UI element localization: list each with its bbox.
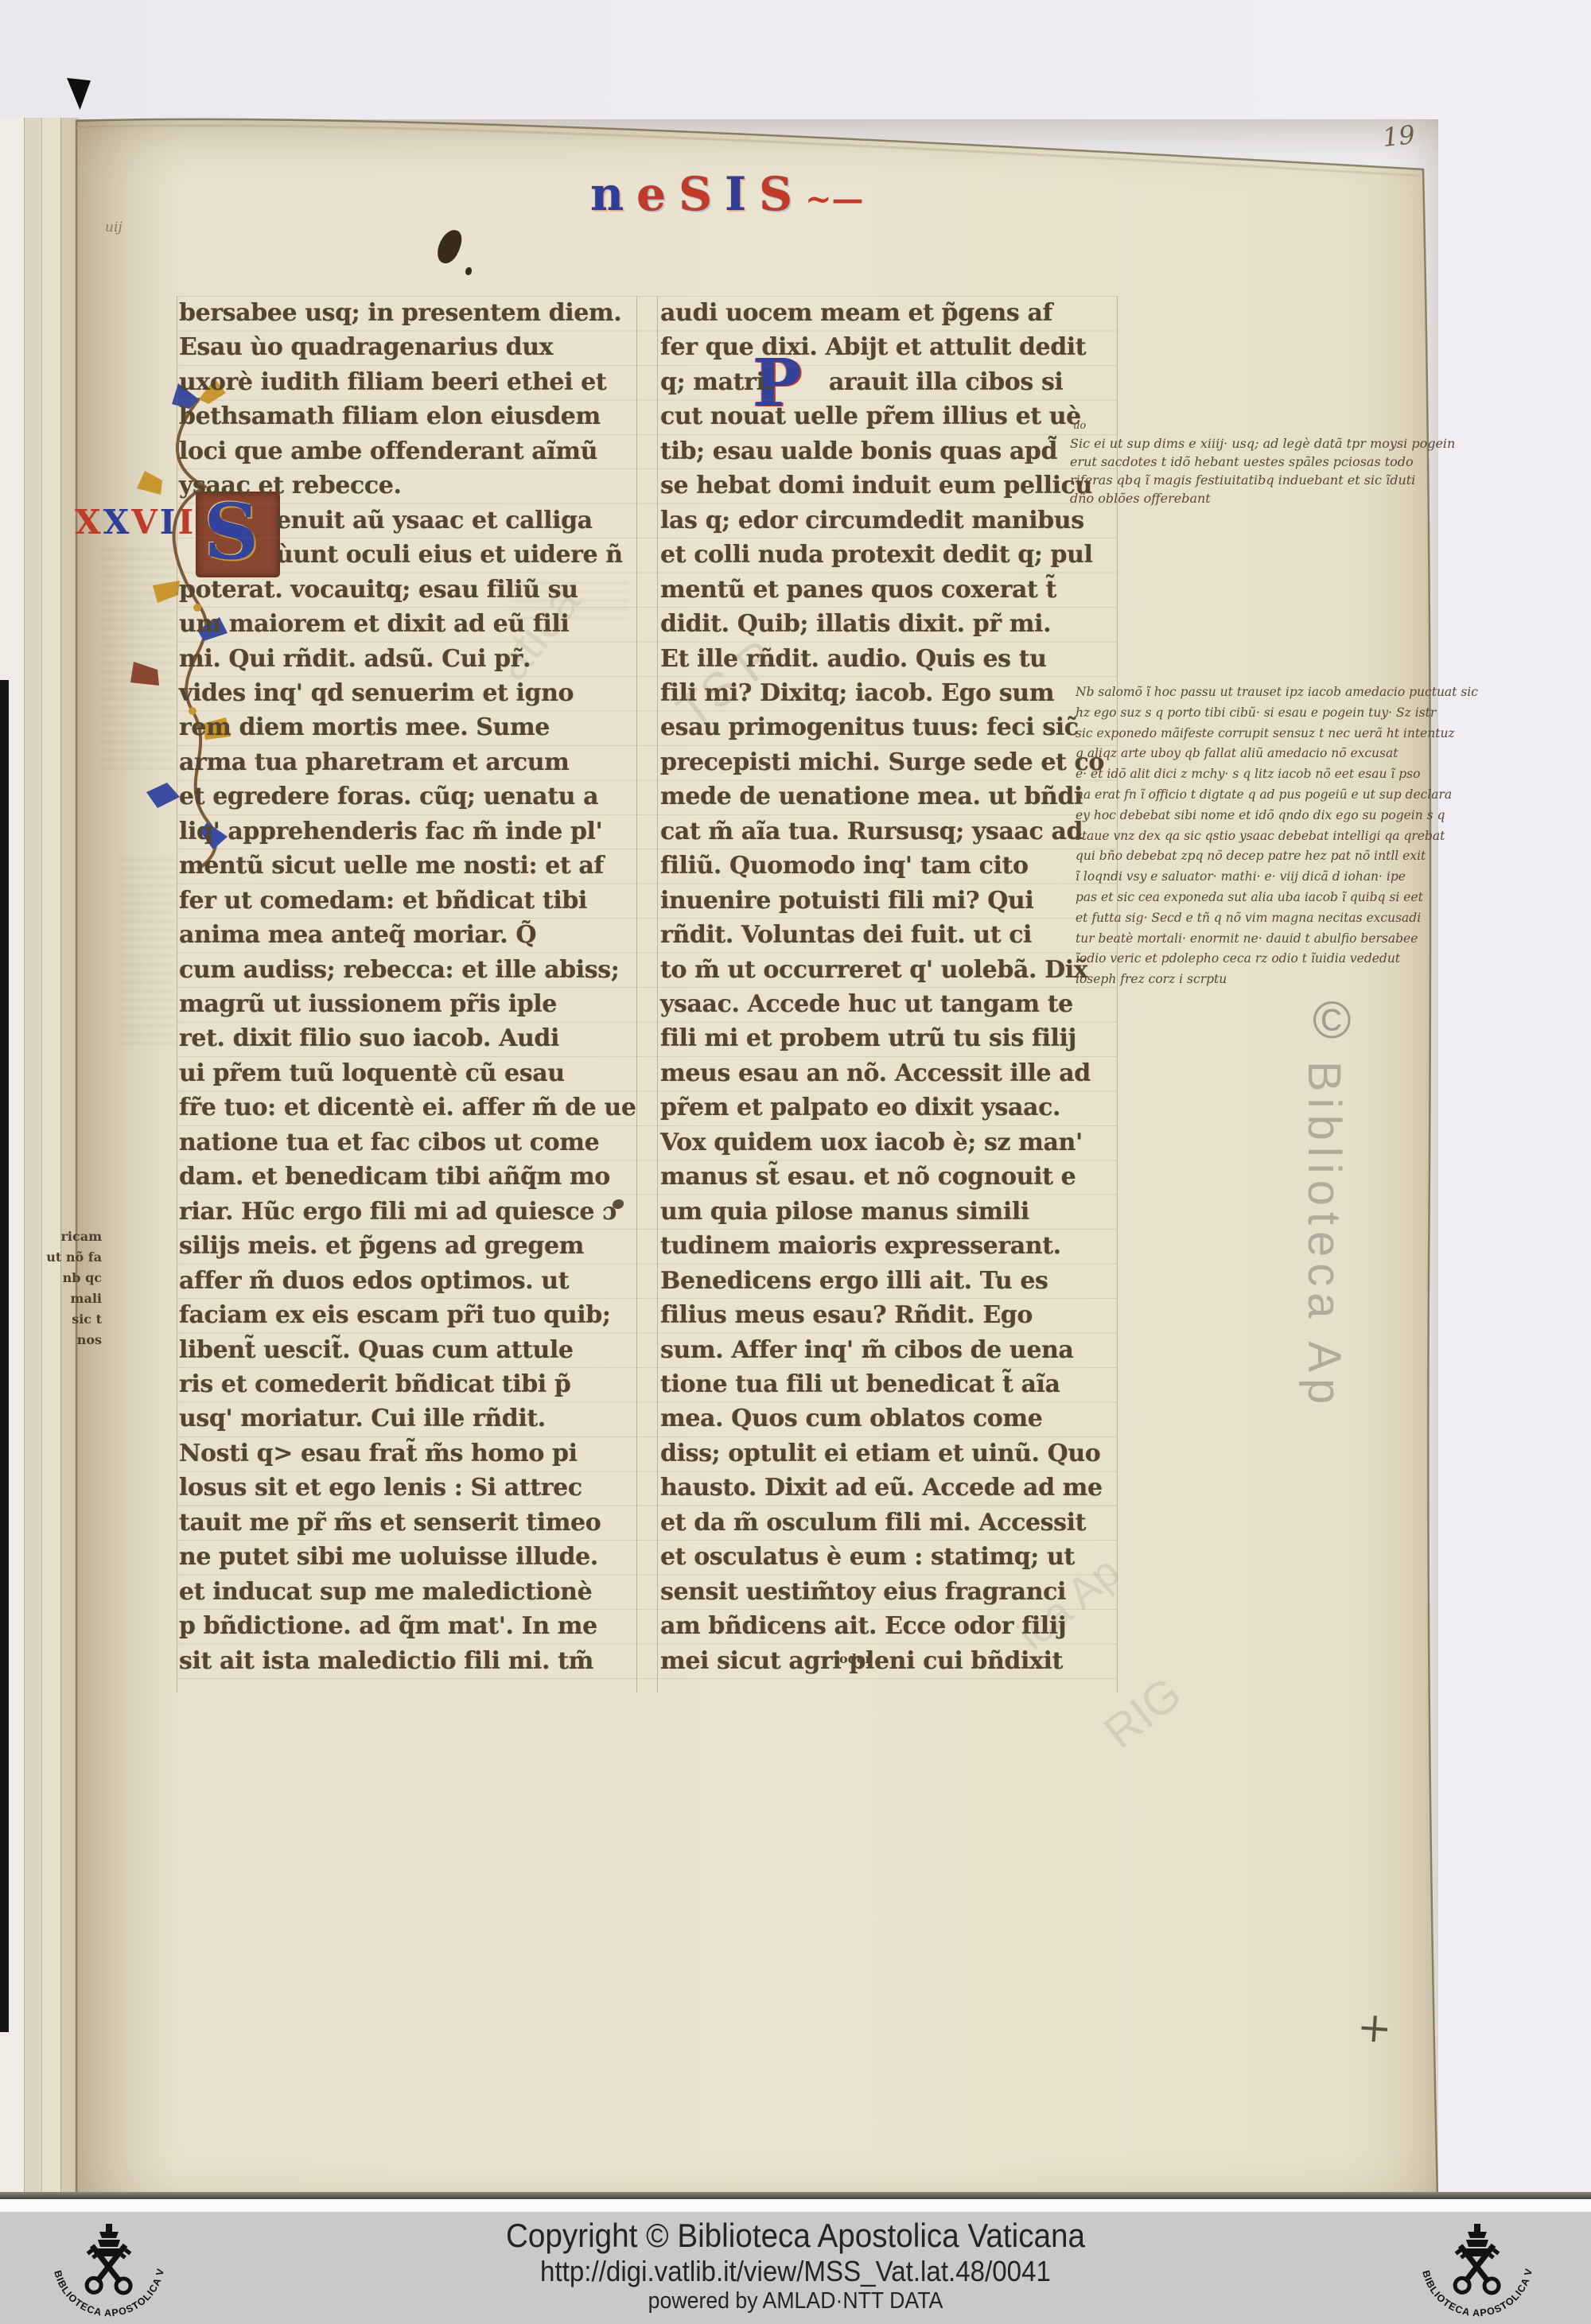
text-line: hausto. Dixit ad eũ. Accede ad me: [660, 1471, 1103, 1506]
text-line: et osculatus è eum : statimq; ut: [660, 1540, 1075, 1575]
interlinear-correction: odor: [839, 1651, 872, 1666]
text-line: um quia pilose manus simili: [660, 1195, 1029, 1230]
marginal-gloss-main: Nb salomõ ĩ hoc passu ut trauset ipz iac…: [1076, 682, 1478, 990]
text-line: audi uocem meam et p̃gens af: [660, 296, 1052, 331]
text-line: tauit me pr̃ m̃s et senserit timeo: [179, 1506, 601, 1541]
gloss-line: Nb salomõ ĩ hoc passu ut trauset ipz iac…: [1076, 682, 1478, 703]
gloss-line: pas et sic cea exponeda sut alia uba iac…: [1076, 888, 1478, 908]
text-line: usq' moriatur. Cui ille rñdit.: [179, 1401, 546, 1436]
gloss-line: na erat fn ĩ officio t digtate q ad pus …: [1076, 785, 1478, 806]
text-line: losus sit et ego lenis : Si attrec: [179, 1471, 582, 1506]
text-line: tudinem maioris expresserant.: [660, 1229, 1061, 1264]
running-title-letter: S: [759, 167, 805, 221]
text-line: fr̃e tuo: et dicentè ei. affer m̃ de ue: [179, 1090, 636, 1125]
text-line: diss; optulit ei etiam et uinũ. Quo: [660, 1436, 1100, 1471]
gloss-line: sic exponedo mãifeste corrupit sensuz t …: [1076, 724, 1478, 744]
text-line: libent̃ uescit̃. Quas cum attule: [179, 1333, 574, 1368]
text-line: uxorè iudith filiam beeri ethei et: [179, 365, 606, 400]
text-line: tib; esau ualde bonis quas apd̃: [660, 434, 1057, 469]
text-line: precepisti michi. Surge sede et co: [660, 745, 1104, 780]
text-line: liq' apprehenderis fac m̃ inde pl': [179, 814, 602, 849]
gloss-line: dño oblões offerebant: [1070, 489, 1455, 507]
text-line: pr̃em et palpato eo dixit ysaac.: [660, 1090, 1060, 1125]
text-line: filiũ. Quomodo inq' tam cito: [660, 849, 1029, 884]
ink-cross-mark: +: [1356, 2003, 1394, 2054]
powered-by-line: powered by AMLAD·NTT DATA: [64, 2288, 1527, 2314]
text-line: Vox quidem uox iacob è; sz man': [660, 1125, 1083, 1160]
text-line: manus st̃ esau. et nõ cognouit e: [660, 1160, 1076, 1195]
text-line: las q; edor circumdedit manibus: [660, 503, 1084, 538]
text-line: cum audiss; rebecca: et ille abiss;: [179, 953, 619, 988]
text-line: poterat. vocauitq; esau filiũ su: [179, 573, 578, 608]
text-line: ne putet sibi me uoluisse illude.: [179, 1540, 598, 1575]
text-line: Nosti q> esau frat̃ m̃s homo pi: [179, 1436, 578, 1471]
text-line: mea. Quos cum oblatos come: [660, 1401, 1042, 1436]
digitization-footer: Copyright © Biblioteca Apostolica Vatica…: [0, 2212, 1591, 2324]
text-line: Esau ùo quadragenarius dux: [179, 330, 553, 365]
text-line: Benedicens ergo illi ait. Tu es: [660, 1264, 1048, 1299]
running-title-letter: n: [590, 167, 636, 221]
gloss-line: qui bño debebat zpq nõ decep patre hez p…: [1076, 846, 1478, 867]
text-line: filius meus esau? Rñdit. Ego: [660, 1298, 1033, 1333]
text-line: et da m̃ osculum fili mi. Accessit: [660, 1506, 1086, 1541]
text-line: rem diem mortis mee. Sume: [179, 710, 550, 745]
photo-bottom-edge: [0, 2192, 1591, 2199]
text-line: sensit uestim̃toy eius fragranci: [660, 1575, 1066, 1610]
gloss-signe-de-renvoi: uo: [1073, 420, 1086, 432]
running-title-letter: e: [636, 167, 679, 221]
text-line: et colli nuda protexit dedit q; pul: [660, 538, 1093, 573]
text-line: sit ait ista maledictio fili mi. tm̃: [179, 1644, 593, 1679]
text-line: fili mi et probem utrũ tu sis filij: [660, 1021, 1076, 1056]
text-line: magrũ ut iussionem pr̃is iple: [179, 987, 557, 1022]
text-line: q; matri. arauit illa cibos si: [660, 365, 1063, 400]
text-line: to m̃ ut occurreret q' uolebã. Dix̃: [660, 953, 1087, 988]
text-line: bersabee usq; in presentem diem.: [179, 296, 621, 331]
text-line: rñdit. Voluntas dei fuit. ut ci: [660, 918, 1032, 953]
text-line: ui pr̃em tuũ loquentè cũ esau: [179, 1056, 565, 1091]
column-rule: [657, 296, 658, 1692]
text-line: dam. et benedicam tibi añq̃m mo: [179, 1160, 610, 1195]
running-title-letter: S: [679, 167, 725, 221]
text-line: bethsamath filiam elon eiusdem: [179, 399, 601, 434]
text-line: mi. Qui rñdit. adsũ. Cui pr̃.: [179, 642, 531, 677]
text-line: natione tua et fac cibos ut come: [179, 1125, 599, 1160]
gloss-line: staue vnz dex qa sic qstio ysaac debebat…: [1076, 826, 1478, 847]
text-line: fer ut comedam: et bñdicat tibi: [179, 884, 587, 919]
text-line: faciam ex eis escam pr̃i tuo quib;: [179, 1298, 611, 1333]
text-line: am bñdicens ait. Ecce odor filij: [660, 1609, 1066, 1644]
gloss-line: mali: [40, 1288, 102, 1309]
text-line: se hebat domi induit eum pellicu: [660, 468, 1092, 503]
text-line: um maiorem et dixit ad eũ fili: [179, 607, 569, 642]
folio-number: 19: [1381, 119, 1416, 153]
white-separator: [0, 2199, 1591, 2212]
marginal-gloss-top: Sic ei ut sup dims e xiiij· usq; ad legè…: [1070, 434, 1455, 507]
text-line: esau primogenitus tuus: feci sic̃: [660, 710, 1079, 745]
text-line: ysaac et rebecce.: [179, 468, 402, 503]
gloss-line: hz ego suz s q porto tibi cibũ· si esau …: [1076, 703, 1478, 724]
running-title-letter: I: [725, 167, 759, 221]
running-title: neSIS~—: [590, 167, 864, 221]
text-line: sum. Affer inq' m̃ cibos de uena: [660, 1333, 1073, 1368]
vatican-library-logo-left: BIBLIOTECA APOSTOLICA VATICANA: [41, 2217, 177, 2319]
text-line: anima mea anteq̃ moriar. Q̃: [179, 918, 536, 953]
gloss-line: ut nõ fa: [40, 1247, 102, 1268]
vatican-library-logo-right: BIBLIOTECA APOSTOLICA VATICANA: [1410, 2217, 1545, 2319]
text-line: inuenire potuisti fili mi? Qui: [660, 884, 1033, 919]
gloss-line: ĩ loqndi vsy e saluator· mathi· e· viij …: [1076, 867, 1478, 888]
text-line: cut nouat uelle pr̃em illius et uè: [660, 399, 1081, 434]
text-line: p bñdictione. ad q̃m mat'. In me: [179, 1609, 597, 1644]
text-line: silijs meis. et p̃gens ad gregem: [179, 1229, 584, 1264]
gloss-line: erut sacdotes t idõ hebant uestes spãles…: [1070, 453, 1455, 471]
gloss-line: Sic ei ut sup dims e xiiij· usq; ad legè…: [1070, 434, 1455, 453]
gloss-line: riferas qbq ĩ magis festiuitatibq indueb…: [1070, 471, 1455, 489]
text-line: meus esau an nõ. Accessit ille ad: [660, 1056, 1091, 1091]
text-line: riar. Hũc ergo fili mi ad quiesce ɔ: [179, 1195, 617, 1230]
chapter-number-letter: X: [75, 503, 103, 542]
photo-background: © Biblioteca Ap atica TS R ica Ap RIG 19…: [0, 0, 1591, 2198]
scanned-manuscript-page: © Biblioteca Ap atica TS R ica Ap RIG 19…: [0, 0, 1591, 2324]
text-line: mentũ et panes quos coxerat t̃: [660, 573, 1056, 608]
gloss-line: nos: [40, 1330, 102, 1350]
gutter-marginalia: ricamut nõ fanb qcmalisic tnos: [40, 1226, 102, 1350]
text-line: ysaac. Accede huc ut tangam te: [660, 987, 1073, 1022]
watermark-copyright-icon: ©: [1313, 989, 1352, 1050]
text-line: et inducat sup me maledictionè: [179, 1575, 592, 1610]
text-line: vides inq' qd senuerim et igno: [179, 676, 574, 711]
quire-mark: uij: [105, 220, 123, 235]
text-line: ris et comederit bñdicat tibi p̃: [179, 1367, 570, 1402]
text-line: fili mi? Dixitq; iacob. Ego sum: [660, 676, 1054, 711]
gloss-line: ey hoc debebat sibi nome et idõ qndo dix…: [1076, 806, 1478, 826]
gloss-line: e· et idõ alit dici z mchy· s q litz iac…: [1076, 764, 1478, 785]
gloss-line: ioseph frez corz i scrptu: [1076, 970, 1478, 990]
text-line: cat m̃ aĩa tua. Rursusq; ysaac ad: [660, 814, 1083, 849]
text-line: mentũ sicut uelle me nosti: et af: [179, 849, 604, 884]
gloss-line: q aliqz arte uboy qb fallat aliũ amedaci…: [1076, 744, 1478, 764]
text-line: ùunt oculi eius et uidere ñ: [179, 538, 623, 573]
gloss-line: sic t: [40, 1309, 102, 1330]
text-line: didit. Quib; illatis dixit. pr̃ mi.: [660, 607, 1051, 642]
text-column-right: audi uocem meam et p̃gens affer que dixi…: [660, 296, 1138, 1685]
gloss-line: ricam: [40, 1226, 102, 1247]
text-line: Et ille rñdit. audio. Quis es tu: [660, 642, 1047, 677]
text-line: et egredere foras. cũq; uenatu a: [179, 779, 598, 814]
gloss-line: ĩodio veric et pdolepho ceca rz odio t ĩ…: [1076, 949, 1478, 970]
pen-flourish: ~—: [805, 181, 864, 218]
text-line: loci que ambe offenderant aĩmũ: [179, 434, 597, 469]
gloss-line: tur beatè mortali· enormit ne· dauid t a…: [1076, 929, 1478, 950]
text-line: tione tua fili ut benedicat t̃ aĩa: [660, 1367, 1060, 1402]
watermark-vertical-text: Biblioteca Ap: [1297, 1061, 1351, 1410]
gloss-line: et futta sig· Secd e tñ q nõ vim magna n…: [1076, 908, 1478, 929]
text-line: ret. dixit filio suo iacob. Audi: [179, 1021, 559, 1056]
text-line: mede de uenatione mea. ut bñdi: [660, 779, 1083, 814]
text-line: affer m̃ duos edos optimos. ut: [179, 1264, 569, 1299]
gloss-line: nb qc: [40, 1268, 102, 1288]
copyright-line: Copyright © Biblioteca Apostolica Vatica…: [64, 2217, 1527, 2255]
column-rule: [177, 296, 177, 1692]
text-column-left: bersabee usq; in presentem diem.Esau ùo …: [179, 296, 656, 1685]
source-url: http://digi.vatlib.it/view/MSS_Vat.lat.4…: [64, 2255, 1527, 2288]
text-line: arma tua pharetram et arcum: [179, 745, 569, 780]
show-through-text: [119, 859, 175, 1050]
text-line: enuit aũ ysaac et calliga: [179, 503, 593, 538]
text-line: fer que dixi. Abijt et attulit dedit: [660, 330, 1086, 365]
